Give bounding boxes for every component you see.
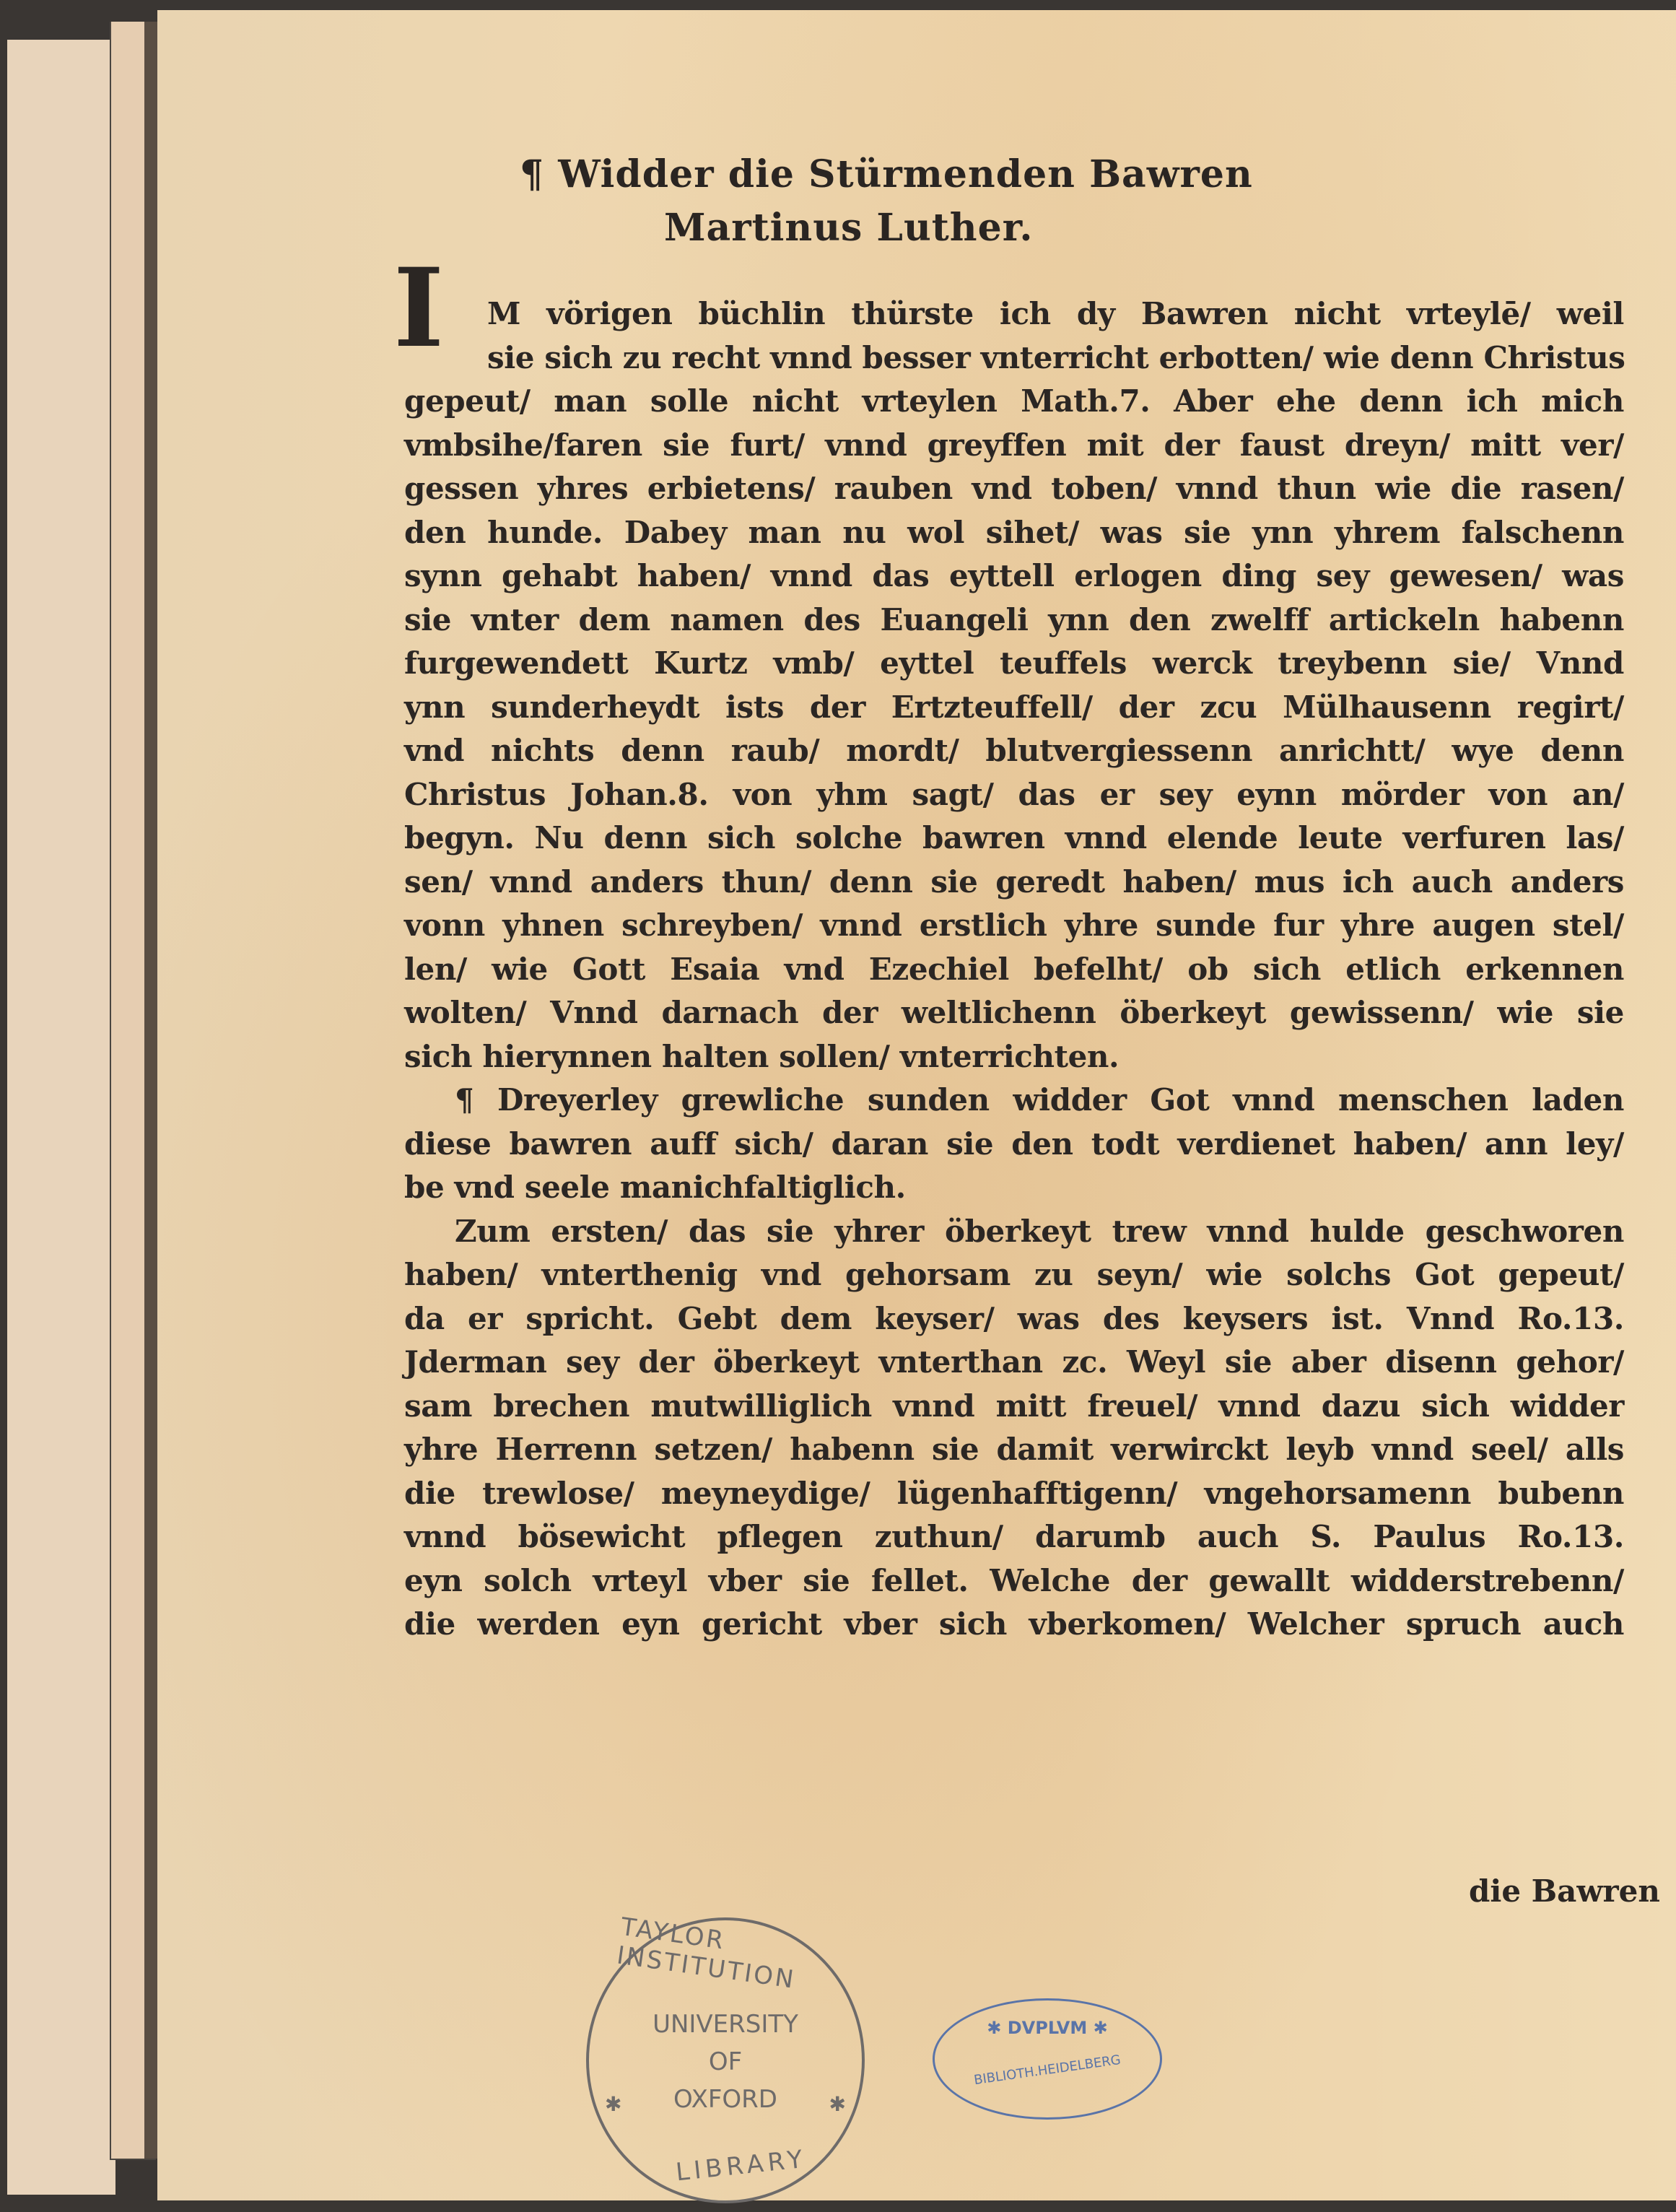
text-line: wolten/ Vnnd darnach der weltlichenn öbe… xyxy=(404,991,1624,1035)
text-line: be vnd seele manichfaltiglich. xyxy=(404,1166,1624,1210)
text-line: eyn solch vrteyl vber sie fellet. Welche… xyxy=(404,1559,1624,1603)
oxford-library-stamp: TAYLOR INSTITUTION UNIVERSITY OF OXFORD … xyxy=(586,1917,865,2203)
text-line: ¶ Dreyerley grewliche sunden widder Got … xyxy=(404,1079,1624,1123)
text-line: sie sich zu recht vnnd besser vnterricht… xyxy=(404,336,1624,380)
text-line: haben/ vnterthenig vnd gehorsam zu seyn/… xyxy=(404,1253,1624,1297)
text-line: furgewendett Kurtz vmb/ eyttel teuffels … xyxy=(404,642,1624,686)
stamp-line: UNIVERSITY xyxy=(589,2006,862,2043)
text-line: Christus Johan.8. von yhm sagt/ das er s… xyxy=(404,773,1624,817)
text-line: gessen yhres erbietens/ rauben vnd toben… xyxy=(404,467,1624,511)
text-line: die werden eyn gericht vber sich vberkom… xyxy=(404,1603,1624,1647)
text-line: len/ wie Gott Esaia vnd Ezechiel befelht… xyxy=(404,948,1624,992)
text-line: ynn sunderheydt ists der Ertzteuffell/ d… xyxy=(404,686,1624,730)
stamp-line: OXFORD xyxy=(589,2081,862,2118)
star-icon: ✱ xyxy=(829,2092,846,2116)
stamp-center: UNIVERSITY OF OXFORD xyxy=(589,2006,862,2118)
text-line: sich hierynnen halten sollen/ vnterricht… xyxy=(404,1035,1624,1079)
stamp-line: OF xyxy=(589,2043,862,2081)
star-icon: ✱ xyxy=(605,2092,621,2116)
text-line: den hunde. Dabey man nu wol sihet/ was s… xyxy=(404,511,1624,555)
text-line: begyn. Nu denn sich solche bawren vnnd e… xyxy=(404,817,1624,861)
text-line: vnd nichts denn raub/ mordt/ blutvergies… xyxy=(404,729,1624,773)
text-line: yhre Herrenn setzen/ habenn sie damit ve… xyxy=(404,1428,1624,1472)
text-line: vmbsihe/faren sie furt/ vnnd greyffen mi… xyxy=(404,424,1624,468)
stamp-top-text: ✱ DVPLVM ✱ xyxy=(935,2018,1160,2038)
heidelberg-duplicate-stamp: ✱ DVPLVM ✱ BIBLIOTH.HEIDELBERG xyxy=(933,1998,1162,2120)
paragraph-2: ¶ Dreyerley grewliche sunden widder Got … xyxy=(404,1079,1624,1210)
text-line: vnnd bösewicht pflegen zuthun/ darumb au… xyxy=(404,1515,1624,1559)
text-line: gepeut/ man solle nicht vrteylen Math.7.… xyxy=(404,380,1624,424)
title-line-1: ¶ Widder die Stürmenden Bawren xyxy=(520,148,1386,201)
text-line: da er spricht. Gebt dem keyser/ was des … xyxy=(404,1297,1624,1341)
text-line: Zum ersten/ das sie yhrer öberkeyt trew … xyxy=(404,1210,1624,1254)
paragraph-1: M vörigen büchlin thürste ich dy Bawren … xyxy=(404,292,1624,1079)
catchword: die Bawren xyxy=(1469,1873,1660,1909)
text-line: die trewlose/ meyneydige/ lügenhafftigen… xyxy=(404,1472,1624,1516)
title-line-2: Martinus Luther. xyxy=(520,201,1386,255)
back-leaf xyxy=(7,40,115,2195)
text-line: vonn yhnen schreyben/ vnnd erstlich yhre… xyxy=(404,904,1624,948)
text-line: diese bawren auff sich/ daran sie den to… xyxy=(404,1123,1624,1167)
text-line: Jderman sey der öberkeyt vnterthan zc. W… xyxy=(404,1341,1624,1385)
stamp-bottom-text: BIBLIOTH.HEIDELBERG xyxy=(935,2047,1160,2093)
text-line: synn gehabt haben/ vnnd das eyttell erlo… xyxy=(404,554,1624,598)
page-title: ¶ Widder die Stürmenden Bawren Martinus … xyxy=(520,148,1386,255)
body-text: M vörigen büchlin thürste ich dy Bawren … xyxy=(404,292,1624,1647)
text-line: sie vnter dem namen des Euangeli ynn den… xyxy=(404,598,1624,643)
paragraph-3: Zum ersten/ das sie yhrer öberkeyt trew … xyxy=(404,1210,1624,1647)
text-line: M vörigen büchlin thürste ich dy Bawren … xyxy=(404,292,1624,336)
text-line: sen/ vnnd anders thun/ denn sie geredt h… xyxy=(404,861,1624,905)
stamp-ring-bottom: LIBRARY xyxy=(674,2145,808,2187)
text-line: sam brechen mutwilliglich vnnd mitt freu… xyxy=(404,1385,1624,1429)
